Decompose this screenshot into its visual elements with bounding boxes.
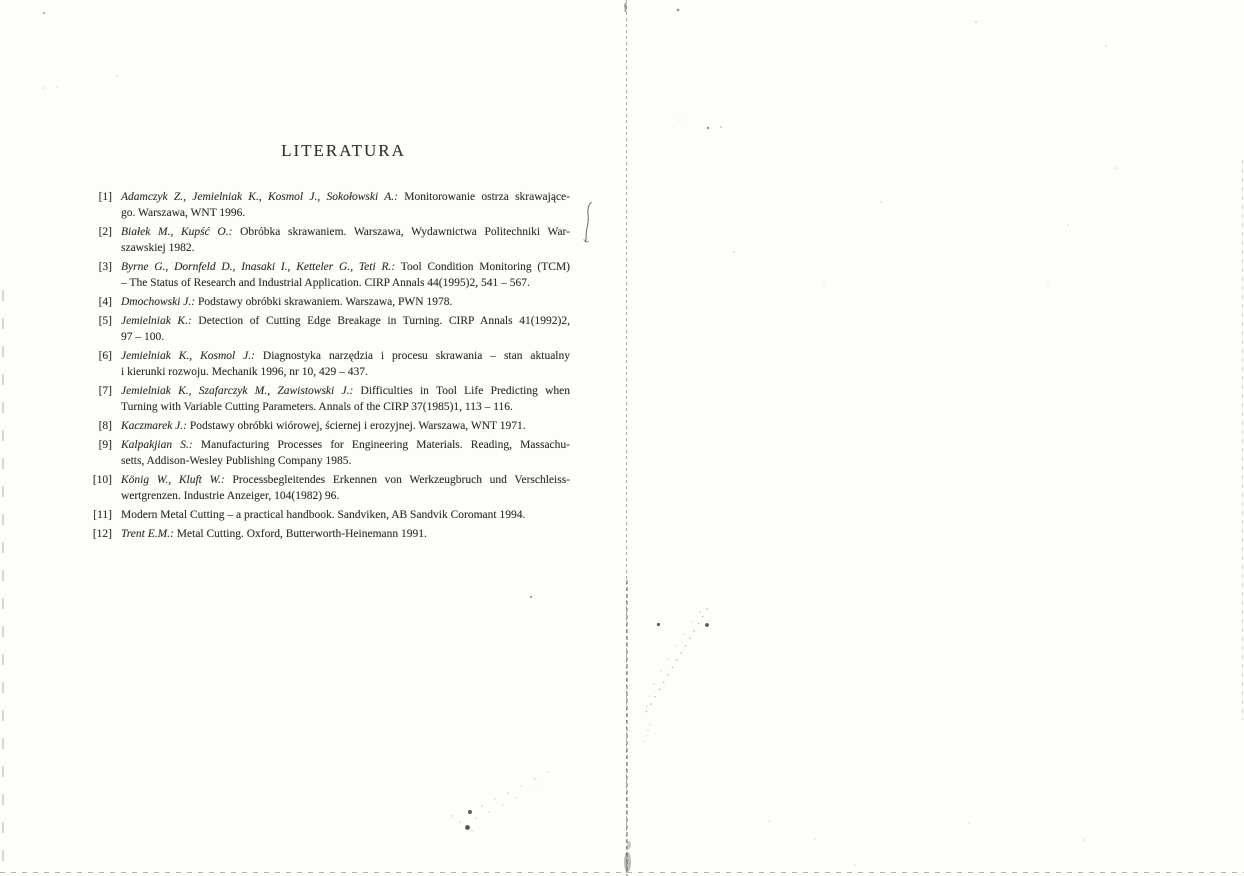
reference-text: Trent E.M.: Metal Cutting. Oxford, Butte… bbox=[121, 526, 570, 542]
reference-line: Modern Metal Cutting – a practical handb… bbox=[121, 507, 570, 523]
reference-text: König W., Kluft W.: Processbegleitendes … bbox=[121, 472, 570, 504]
reference-text: Dmochowski J.: Podstawy obróbki skrawani… bbox=[121, 294, 570, 310]
reference-line: Jemielniak K., Kosmol J.: Diagnostyka na… bbox=[121, 348, 570, 364]
page-gutter-line-lower bbox=[626, 580, 628, 876]
reference-authors: Jemielniak K., Szafarczyk M., Zawistowsk… bbox=[121, 385, 353, 397]
reference-line: wertgrenzen. Industrie Anzeiger, 104(198… bbox=[121, 488, 570, 504]
reference-number: [7] bbox=[89, 383, 112, 399]
reference-line: Kalpakjian S.: Manufacturing Processes f… bbox=[121, 437, 570, 453]
reference-number: [9] bbox=[89, 437, 112, 453]
reference-line: Białek M., Kupść O.: Obróbka skrawaniem.… bbox=[121, 224, 570, 240]
reference-line: Byrne G., Dornfeld D., Inasaki I., Kette… bbox=[121, 259, 570, 275]
reference-line: Adamczyk Z., Jemielniak K., Kosmol J., S… bbox=[121, 189, 570, 205]
reference-entry: [7]Jemielniak K., Szafarczyk M., Zawisto… bbox=[89, 383, 570, 415]
reference-list: [1]Adamczyk Z., Jemielniak K., Kosmol J.… bbox=[89, 189, 570, 545]
left-edge-streaks bbox=[2, 290, 4, 876]
margin-squiggle-foot bbox=[584, 240, 589, 242]
reference-authors: Jemielniak K.: bbox=[121, 315, 192, 327]
reference-text: Jemielniak K., Szafarczyk M., Zawistowsk… bbox=[121, 383, 570, 415]
reference-authors: König W., Kluft W.: bbox=[121, 474, 225, 486]
reference-text: Adamczyk Z., Jemielniak K., Kosmol J., S… bbox=[121, 189, 570, 221]
reference-line: go. Warszawa, WNT 1996. bbox=[121, 205, 570, 221]
reference-text: Jemielniak K., Kosmol J.: Diagnostyka na… bbox=[121, 348, 570, 380]
page-title: LITERATURA bbox=[89, 141, 584, 161]
margin-squiggle-mark bbox=[586, 202, 592, 242]
reference-number: [5] bbox=[89, 313, 112, 329]
reference-text: Modern Metal Cutting – a practical handb… bbox=[121, 507, 570, 523]
reference-text: Byrne G., Dornfeld D., Inasaki I., Kette… bbox=[121, 259, 570, 291]
reference-entry: [3]Byrne G., Dornfeld D., Inasaki I., Ke… bbox=[89, 259, 570, 291]
reference-line: 97 – 100. bbox=[121, 329, 570, 345]
bottom-scan-edge-line bbox=[0, 872, 1244, 873]
reference-text: Białek M., Kupść O.: Obróbka skrawaniem.… bbox=[121, 224, 570, 256]
reference-entry: [9]Kalpakjian S.: Manufacturing Processe… bbox=[89, 437, 570, 469]
reference-entry: [4]Dmochowski J.: Podstawy obróbki skraw… bbox=[89, 294, 570, 310]
reference-line: setts, Addison-Wesley Publishing Company… bbox=[121, 453, 570, 469]
reference-text: Jemielniak K.: Detection of Cutting Edge… bbox=[121, 313, 570, 345]
reference-entry: [1]Adamczyk Z., Jemielniak K., Kosmol J.… bbox=[89, 189, 570, 221]
scratch-speck-trail bbox=[646, 611, 700, 706]
reference-text: Kaczmarek J.: Podstawy obróbki wiórowej,… bbox=[121, 418, 570, 434]
reference-entry: [6]Jemielniak K., Kosmol J.: Diagnostyka… bbox=[89, 348, 570, 380]
reference-number: [11] bbox=[89, 507, 112, 523]
right-page-edge-line bbox=[1242, 160, 1243, 720]
reference-entry: [11]Modern Metal Cutting – a practical h… bbox=[89, 507, 570, 523]
reference-entry: [8]Kaczmarek J.: Podstawy obróbki wiórow… bbox=[89, 418, 570, 434]
reference-line: Jemielniak K., Szafarczyk M., Zawistowsk… bbox=[121, 383, 570, 399]
reference-line: Kaczmarek J.: Podstawy obróbki wiórowej,… bbox=[121, 418, 570, 434]
reference-line: König W., Kluft W.: Processbegleitendes … bbox=[121, 472, 570, 488]
reference-authors: Jemielniak K., Kosmol J.: bbox=[121, 350, 255, 362]
reference-line: Dmochowski J.: Podstawy obróbki skrawani… bbox=[121, 294, 570, 310]
reference-line: Trent E.M.: Metal Cutting. Oxford, Butte… bbox=[121, 526, 570, 542]
reference-number: [8] bbox=[89, 418, 112, 434]
reference-number: [1] bbox=[89, 189, 112, 205]
reference-authors: Byrne G., Dornfeld D., Inasaki I., Kette… bbox=[121, 261, 395, 273]
reference-number: [3] bbox=[89, 259, 112, 275]
reference-authors: Kaczmarek J.: bbox=[121, 420, 187, 432]
reference-entry: [12]Trent E.M.: Metal Cutting. Oxford, B… bbox=[89, 526, 570, 542]
reference-number: [2] bbox=[89, 224, 112, 240]
reference-line: Turning with Variable Cutting Parameters… bbox=[121, 399, 570, 415]
reference-authors: Białek M., Kupść O.: bbox=[121, 226, 232, 238]
reference-entry: [5]Jemielniak K.: Detection of Cutting E… bbox=[89, 313, 570, 345]
reference-line: szawskiej 1982. bbox=[121, 240, 570, 256]
reference-number: [10] bbox=[89, 472, 112, 488]
speck-spray bbox=[451, 771, 548, 831]
reference-line: – The Status of Research and Industrial … bbox=[121, 275, 570, 291]
reference-entry: [10]König W., Kluft W.: Processbegleiten… bbox=[89, 472, 570, 504]
reference-authors: Adamczyk Z., Jemielniak K., Kosmol J., S… bbox=[121, 191, 398, 203]
reference-number: [6] bbox=[89, 348, 112, 364]
reference-authors: Trent E.M.: bbox=[121, 528, 174, 540]
reference-line: Jemielniak K.: Detection of Cutting Edge… bbox=[121, 313, 570, 329]
reference-authors: Dmochowski J.: bbox=[121, 296, 195, 308]
reference-number: [4] bbox=[89, 294, 112, 310]
scratch-mark bbox=[646, 606, 709, 712]
reference-authors: Kalpakjian S.: bbox=[121, 439, 193, 451]
reference-text: Kalpakjian S.: Manufacturing Processes f… bbox=[121, 437, 570, 469]
scanned-page: LITERATURA [1]Adamczyk Z., Jemielniak K.… bbox=[0, 0, 1244, 876]
scratch-mark-lower bbox=[644, 722, 651, 742]
reference-entry: [2]Białek M., Kupść O.: Obróbka skrawani… bbox=[89, 224, 570, 256]
reference-number: [12] bbox=[89, 526, 112, 542]
reference-line: i kierunki rozwoju. Mechanik 1996, nr 10… bbox=[121, 364, 570, 380]
